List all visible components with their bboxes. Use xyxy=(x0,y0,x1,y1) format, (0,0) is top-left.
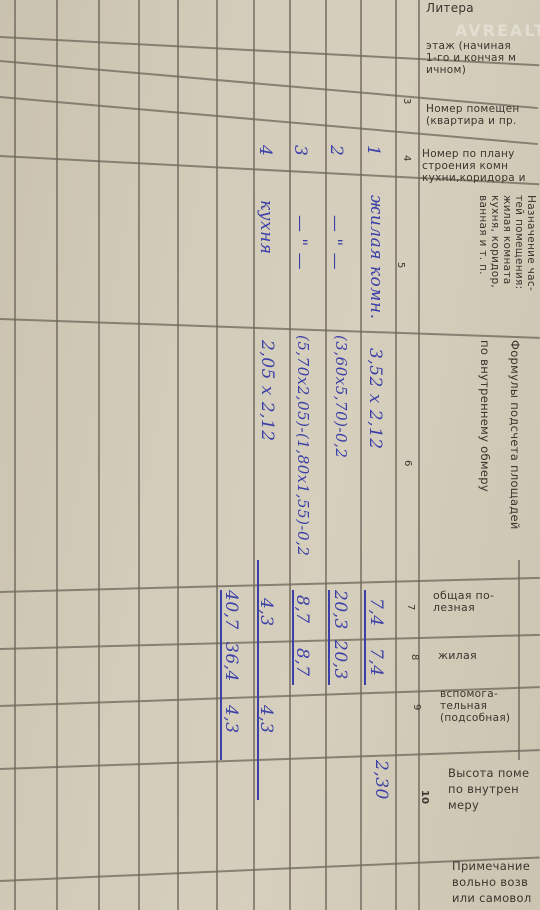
row3-living: 8,7 xyxy=(292,648,312,677)
rule-row-f xyxy=(216,0,218,910)
header-col1: Литера xyxy=(426,2,474,14)
sum-living: 36,4 xyxy=(221,642,241,682)
colnum-4: 4 xyxy=(401,155,412,161)
row4-num: 4 xyxy=(255,145,275,156)
rule-header-right xyxy=(518,560,520,760)
sum-total: 40,7 xyxy=(221,590,241,630)
row2-num: 2 xyxy=(326,145,346,156)
colnum-6: 6 xyxy=(402,460,413,466)
header-col6: Формулы подсчета площадей по внутреннему… xyxy=(470,340,530,530)
rule-row-a xyxy=(14,0,16,910)
row3-purpose: — " — xyxy=(290,215,310,270)
row1-living: 7,4 xyxy=(366,648,386,677)
rule-row-i xyxy=(325,0,327,910)
rule-header-left xyxy=(395,0,397,910)
underline-total xyxy=(220,590,222,760)
rule-row-j xyxy=(360,0,362,910)
row1-purpose: жилая комн. xyxy=(366,195,386,319)
form-paper: Литера этаж (начиная 1-го и кончая м ичн… xyxy=(0,0,540,910)
header-col9: вспомога- тельная (подсобная) xyxy=(440,688,510,724)
underline-row2 xyxy=(328,590,330,685)
underline-row1 xyxy=(364,590,366,685)
underline-row3 xyxy=(292,590,294,685)
row2-formula: (3,60x5,70)-0,2 xyxy=(332,335,350,458)
header-col7: общая по- лезная xyxy=(433,590,494,614)
colnum-5: 5 xyxy=(395,262,406,268)
row2-purpose: — " — xyxy=(325,215,345,270)
colnum-9: 9 xyxy=(411,704,422,710)
row1-total: 7,4 xyxy=(366,598,386,627)
rule-row-h xyxy=(289,0,291,910)
row1-num: 1 xyxy=(363,145,383,156)
header-col2: этаж (начиная 1-го и кончая м ичном) xyxy=(426,40,516,76)
header-col8: жилая xyxy=(438,650,477,662)
row4-formula: 2,05 x 2,12 xyxy=(257,340,277,442)
rule-row-b xyxy=(56,0,58,910)
header-col3: Номер помещен (квартира и пр. xyxy=(426,103,520,127)
rule-col5 xyxy=(0,318,540,339)
row4-auxiliary: 4,3 xyxy=(256,705,276,734)
row2-living: 20,3 xyxy=(330,640,350,680)
colnum-3: 3 xyxy=(401,98,412,104)
header-col5: Назначение час- тей помещения: жилая ком… xyxy=(477,195,537,291)
rule-col7 xyxy=(0,634,540,650)
header-col11: Примечание вольно возв или самовол xyxy=(452,858,532,906)
rule-row-g xyxy=(253,0,255,910)
colnum-7: 7 xyxy=(405,604,416,610)
rule-row-c xyxy=(98,0,100,910)
sum-auxiliary: 4,3 xyxy=(221,705,241,734)
row2-total: 20,3 xyxy=(330,590,350,630)
height-value: 2,30 xyxy=(371,760,391,800)
underline-row4 xyxy=(257,560,259,800)
row3-total: 8,7 xyxy=(292,595,312,624)
watermark: AVREALT xyxy=(455,25,540,37)
row4-total: 4,3 xyxy=(256,598,276,627)
header-col10: Высота поме по внутрен меру xyxy=(448,765,529,813)
rule-row-e xyxy=(177,0,179,910)
rule-header-num xyxy=(418,0,420,910)
row4-purpose: кухня xyxy=(256,200,276,255)
row1-formula: 3,52 x 2,12 xyxy=(365,348,385,450)
row3-num: 3 xyxy=(290,145,310,156)
header-col4: Номер по плану строения комн кухни,корид… xyxy=(422,148,526,184)
row3-formula: (5,70x2,05)-(1,80x1,55)-0,2 xyxy=(294,335,312,556)
colnum-8: 8 xyxy=(409,654,420,660)
rule-row-d xyxy=(138,0,140,910)
colnum-10: 10 xyxy=(419,790,430,804)
